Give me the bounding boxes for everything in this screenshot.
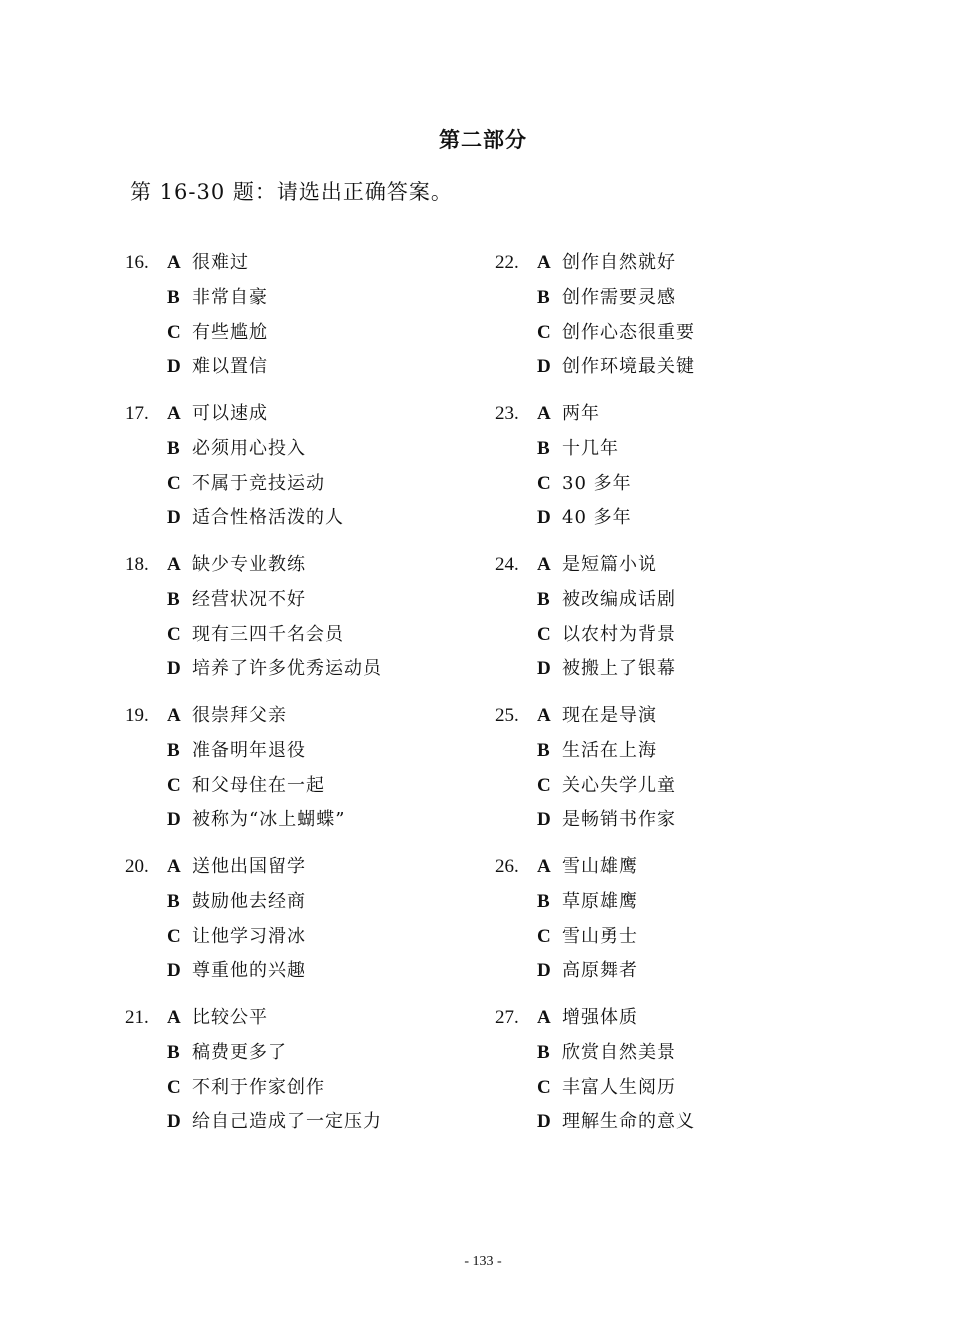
option-letter: B [537, 1039, 550, 1067]
option-letter: C [537, 470, 551, 498]
option-text: 缺少专业教练 [192, 551, 306, 579]
option-letter: C [167, 1074, 181, 1102]
option-letter: B [167, 435, 180, 463]
option-letter: B [167, 586, 180, 614]
option-letter: C [167, 772, 181, 800]
question-number: 18. [125, 551, 149, 579]
question-number: 27. [495, 1004, 519, 1032]
instruction-text: 第 16-30 题：请选出正确答案。 [130, 176, 453, 206]
option-text: 被搬上了银幕 [562, 655, 676, 683]
option-letter: A [537, 1004, 551, 1032]
option-text: 比较公平 [192, 1004, 268, 1032]
option-letter: A [167, 249, 181, 277]
option-text: 草原雄鹰 [562, 888, 638, 916]
option-letter: A [167, 853, 181, 881]
option-letter: C [537, 621, 551, 649]
option-letter: A [167, 702, 181, 730]
option-letter: D [537, 957, 551, 985]
question-number: 21. [125, 1004, 149, 1032]
option-text: 可以速成 [192, 400, 268, 428]
question-number: 19. [125, 702, 149, 730]
option-text: 准备明年退役 [192, 737, 306, 765]
option-letter: B [167, 737, 180, 765]
option-text: 现在是导演 [562, 702, 657, 730]
option-text: 高原舞者 [562, 957, 638, 985]
question-number: 16. [125, 249, 149, 277]
page-number: - 133 - [0, 1254, 960, 1270]
option-letter: D [167, 1108, 181, 1136]
option-text: 现有三四千名会员 [192, 621, 344, 649]
option-text: 让他学习滑冰 [192, 923, 306, 951]
option-text: 两年 [562, 400, 600, 428]
option-text: 雪山勇士 [562, 923, 638, 951]
option-letter: D [537, 806, 551, 834]
option-letter: A [167, 400, 181, 428]
option-text: 30 多年 [562, 470, 632, 498]
option-text: 难以置信 [192, 353, 268, 381]
option-letter: A [537, 853, 551, 881]
option-text: 是短篇小说 [562, 551, 657, 579]
section-title: 第二部分 [0, 124, 960, 154]
option-text: 鼓励他去经商 [192, 888, 306, 916]
option-text: 以农村为背景 [562, 621, 676, 649]
option-text: 给自己造成了一定压力 [192, 1108, 382, 1136]
option-text: 欣赏自然美景 [562, 1039, 676, 1067]
option-letter: A [537, 400, 551, 428]
question-number: 26. [495, 853, 519, 881]
option-letter: B [537, 888, 550, 916]
option-letter: C [537, 319, 551, 347]
option-letter: C [167, 319, 181, 347]
option-text: 生活在上海 [562, 737, 657, 765]
option-text: 送他出国留学 [192, 853, 306, 881]
option-letter: C [537, 772, 551, 800]
option-text: 非常自豪 [192, 284, 268, 312]
question-number: 24. [495, 551, 519, 579]
option-letter: A [167, 1004, 181, 1032]
option-letter: D [537, 504, 551, 532]
option-letter: D [537, 353, 551, 381]
option-text: 和父母住在一起 [192, 772, 325, 800]
option-text: 被改编成话剧 [562, 586, 676, 614]
option-letter: A [537, 702, 551, 730]
option-letter: D [167, 806, 181, 834]
option-text: 理解生命的意义 [562, 1108, 695, 1136]
option-letter: D [167, 353, 181, 381]
option-text: 尊重他的兴趣 [192, 957, 306, 985]
option-letter: A [537, 551, 551, 579]
option-letter: B [537, 737, 550, 765]
option-text: 很难过 [192, 249, 249, 277]
option-letter: D [167, 655, 181, 683]
question-number: 22. [495, 249, 519, 277]
option-letter: C [167, 470, 181, 498]
option-text: 十几年 [562, 435, 619, 463]
option-letter: A [167, 551, 181, 579]
option-letter: A [537, 249, 551, 277]
option-letter: C [167, 923, 181, 951]
option-text: 有些尴尬 [192, 319, 268, 347]
option-text: 很崇拜父亲 [192, 702, 287, 730]
option-text: 不利于作家创作 [192, 1074, 325, 1102]
option-text: 丰富人生阅历 [562, 1074, 676, 1102]
option-letter: D [167, 504, 181, 532]
question-number: 17. [125, 400, 149, 428]
option-letter: B [167, 284, 180, 312]
option-text: 稿费更多了 [192, 1039, 287, 1067]
option-text: 创作环境最关键 [562, 353, 695, 381]
option-text: 雪山雄鹰 [562, 853, 638, 881]
option-letter: C [537, 923, 551, 951]
option-text: 培养了许多优秀运动员 [192, 655, 382, 683]
option-text: 经营状况不好 [192, 586, 306, 614]
question-number: 20. [125, 853, 149, 881]
option-letter: B [167, 888, 180, 916]
option-text: 创作需要灵感 [562, 284, 676, 312]
option-letter: B [537, 284, 550, 312]
option-letter: B [167, 1039, 180, 1067]
option-text: 适合性格活泼的人 [192, 504, 344, 532]
option-text: 被称为“冰上蝴蝶” [192, 806, 345, 834]
option-letter: D [537, 655, 551, 683]
option-text: 创作自然就好 [562, 249, 676, 277]
option-letter: B [537, 586, 550, 614]
option-letter: D [537, 1108, 551, 1136]
option-text: 增强体质 [562, 1004, 638, 1032]
option-letter: B [537, 435, 550, 463]
option-text: 40 多年 [562, 504, 632, 532]
question-number: 25. [495, 702, 519, 730]
option-text: 创作心态很重要 [562, 319, 695, 347]
option-letter: C [537, 1074, 551, 1102]
option-text: 不属于竞技运动 [192, 470, 325, 498]
option-text: 是畅销书作家 [562, 806, 676, 834]
option-letter: D [167, 957, 181, 985]
option-text: 必须用心投入 [192, 435, 306, 463]
option-letter: C [167, 621, 181, 649]
question-number: 23. [495, 400, 519, 428]
option-text: 关心失学儿童 [562, 772, 676, 800]
